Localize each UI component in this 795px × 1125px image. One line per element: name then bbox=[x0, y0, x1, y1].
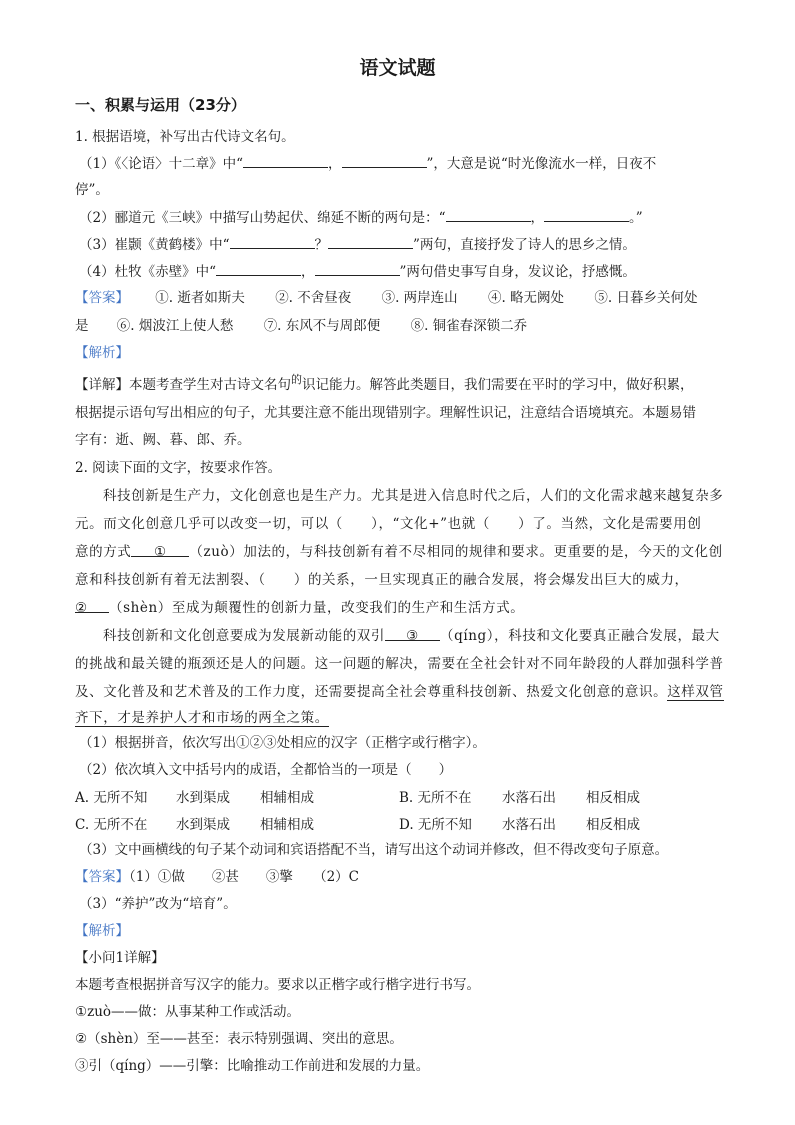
q2-sub2: （2）依次填入文中括号内的成语，全都恰当的一项是（ ） bbox=[79, 760, 729, 780]
passage-text: （shèn）至成为颠覆性的创新力量，改变我们的生产和生活方式。 bbox=[109, 600, 524, 616]
q1-sub4: （4）杜牧《赤壁》中“，”两句借史事写自身，发议论，抒感慨。 bbox=[79, 261, 729, 281]
option-b-word2: 水落石出 bbox=[502, 786, 556, 806]
answer-item: ⑧. 铜雀春深锁二乔 bbox=[411, 316, 528, 336]
passage-p1-l3: 意的方式①（zuò）加法的，与科技创新有着不尽相同的规律和要求。更重要的是，今天… bbox=[75, 542, 725, 562]
separator: ， bbox=[531, 210, 545, 226]
answer-item: ②. 不舍昼夜 bbox=[275, 288, 351, 308]
q1-sub4-text-b: ”两句借史事写自身，发议论，抒感慨。 bbox=[400, 264, 636, 280]
q1-sub4-text-a: （4）杜牧《赤壁》中“ bbox=[79, 264, 216, 280]
answer-blank[interactable] bbox=[544, 207, 629, 222]
passage-text: （zuò）加法的，与科技创新有着不尽相同的规律和要求。更重要的是，今天的文化创 bbox=[189, 544, 722, 560]
passage-p1-l1: 科技创新是生产力，文化创意也是生产力。尤其是进入信息时代之后，人们的文化需求越来… bbox=[103, 486, 753, 506]
answer-label: 【答案】 bbox=[75, 869, 129, 885]
answer-blank[interactable] bbox=[328, 234, 413, 249]
answer-blank[interactable] bbox=[230, 234, 315, 249]
answer-item: ⑥. 烟波江上使人愁 bbox=[117, 316, 234, 336]
detail-text: 识记能力。解答此类题目，我们需要在平时的学习中，做好积累， bbox=[302, 377, 694, 393]
q1-sub2-text-a: （2）郦道元《三峡》中描写山势起伏、绵延不断的两句是：“ bbox=[79, 210, 446, 226]
q1-detail-l3: 字有：逝、阙、暮、郎、乔。 bbox=[75, 430, 725, 450]
answer-item: ③. 两岸连山 bbox=[382, 288, 458, 308]
page-title: 语文试题 bbox=[0, 55, 795, 81]
q2-answer-l1: 【答案】（1）①做 ②甚 ③擎 （2）C bbox=[75, 867, 725, 887]
separator: ， bbox=[301, 264, 315, 280]
option-c-word3: 相辅相成 bbox=[260, 813, 314, 833]
q2-sub3: （3）文中画横线的句子某个动词和宾语搭配不当，请写出这个动词并修改，但不得改变句… bbox=[79, 840, 729, 860]
underlined-sentence: 齐下，才是养护人才和市场的两全之策。 bbox=[75, 710, 329, 727]
q1-detail-l2: 根据提示语句写出相应的句子，尤其要注意不能出现错别字。理解性识记，注意结合语境填… bbox=[75, 403, 725, 423]
subquestion-1-l1: 本题考查根据拼音写汉字的能力。要求以正楷字或行楷字进行书写。 bbox=[75, 975, 725, 995]
option-a-word3: 相辅相成 bbox=[260, 786, 314, 806]
analysis-label: 【解析】 bbox=[75, 343, 725, 363]
q1-detail-l1: 【详解】本题考查学生对古诗文名句的识记能力。解答此类题目，我们需要在平时的学习中… bbox=[75, 375, 725, 395]
separator: ， bbox=[328, 156, 342, 172]
underlined-sentence: 这样双管 bbox=[667, 684, 723, 701]
passage-p2-l4: 齐下，才是养护人才和市场的两全之策。 bbox=[75, 708, 725, 728]
q1-sub3-text-a: （3）崔颢《黄鹤楼》中“ bbox=[79, 237, 230, 253]
option-a-word2: 水到渠成 bbox=[176, 786, 230, 806]
answer-label: 【答案】 bbox=[75, 290, 129, 306]
q2-sub1: （1）根据拼音，依次写出①②③处相应的汉字（正楷字或行楷字）。 bbox=[79, 733, 729, 753]
answer-item: ⑤. 日暮乡关何处 bbox=[594, 288, 697, 308]
pinyin-blank-3[interactable]: ③ bbox=[385, 626, 440, 641]
q2-stem: 2. 阅读下面的文字，按要求作答。 bbox=[75, 458, 725, 478]
detail-text: 本题考查学生对古诗文名句 bbox=[129, 377, 291, 393]
passage-p2-l2: 的挑战和最关键的瓶颈还是人的问题。这一问题的解决，需要在全社会针对不同年龄段的人… bbox=[75, 654, 725, 674]
answer-item: ④. 略无阙处 bbox=[488, 288, 564, 308]
subquestion-1-label: 【小问1详解】 bbox=[75, 948, 725, 968]
q1-sub2-text-b: 。” bbox=[629, 210, 643, 226]
pinyin-blank-1[interactable]: ① bbox=[131, 542, 189, 557]
q1-sub1-text-a: （1）《〈论语〉十二章》中“ bbox=[79, 156, 243, 172]
option-b-word3: 相反相成 bbox=[586, 786, 640, 806]
passage-p1-l2: 元。而文化创意几乎可以改变一切，可以（ ），“文化+”也就（ ）了。当然，文化是… bbox=[75, 514, 725, 534]
passage-p2-l3: 及、文化普及和艺术普及的工作力度，还需要提高全社会尊重科技创新、热爱文化创意的意… bbox=[75, 682, 725, 702]
answer-text: （1）①做 ②甚 ③擎 （2）C bbox=[129, 869, 359, 885]
q1-sub1-wrap: 停”。 bbox=[75, 180, 725, 200]
passage-text: （qíng），科技和文化要真正融合发展，最大 bbox=[440, 628, 720, 644]
exam-page: 语文试题 一、积累与运用（23分） 1. 根据语境，补写出古代诗文名句。 （1）… bbox=[0, 0, 795, 1125]
answer-blank[interactable] bbox=[342, 153, 427, 168]
answer-item: ①. 逝者如斯夫 bbox=[155, 288, 245, 308]
detail-superscript: 的 bbox=[291, 373, 302, 386]
answer-wrap: 是 bbox=[75, 318, 89, 334]
detail-label: 【详解】 bbox=[75, 377, 129, 393]
passage-p1-l4: 意和科技创新有着无法割裂、（ ）的关系，一旦实现真正的融合发展，将会爆发出巨大的… bbox=[75, 570, 725, 590]
passage-p2-l1: 科技创新和文化创意要成为发展新动能的双引③（qíng），科技和文化要真正融合发展… bbox=[103, 626, 753, 646]
q1-sub1: （1）《〈论语〉十二章》中“，”，大意是说“时光像流水一样，日夜不 bbox=[79, 153, 729, 173]
q1-sub3-text-b: ”两句，直接抒发了诗人的思乡之情。 bbox=[413, 237, 636, 253]
subquestion-1-l4: ③引（qíng）——引擎：比喻推动工作前进和发展的力量。 bbox=[75, 1056, 725, 1076]
option-a-word1: A. 无所不知 bbox=[75, 786, 147, 806]
subquestion-1-l3: ②（shèn）至——甚至：表示特别强调、突出的意思。 bbox=[75, 1029, 725, 1049]
option-c-word2: 水到渠成 bbox=[176, 813, 230, 833]
passage-text: 意的方式 bbox=[75, 544, 131, 560]
passage-p1-l5: ②（shèn）至成为颠覆性的创新力量，改变我们的生产和生活方式。 bbox=[75, 598, 725, 618]
q1-answer-row1: 【答案】 ①. 逝者如斯夫 ②. 不舍昼夜 ③. 两岸连山 ④. 略无阙处 ⑤.… bbox=[75, 288, 725, 308]
q1-sub3: （3）崔颢《黄鹤楼》中“？”两句，直接抒发了诗人的思乡之情。 bbox=[79, 234, 729, 254]
q1-answer-row2: 是 ⑥. 烟波江上使人愁 ⑦. 东风不与周郎便 ⑧. 铜雀春深锁二乔 bbox=[75, 316, 725, 336]
answer-item: ⑦. 东风不与周郎便 bbox=[264, 316, 381, 336]
subquestion-1-l2: ①zuò——做：从事某种工作或活动。 bbox=[75, 1002, 725, 1022]
passage-text: 科技创新和文化创意要成为发展新动能的双引 bbox=[103, 628, 385, 644]
answer-blank[interactable] bbox=[216, 261, 301, 276]
pinyin-blank-2[interactable]: ② bbox=[75, 598, 109, 613]
q2-answer-l2: （3）“养护”改为“培育”。 bbox=[79, 894, 729, 914]
option-d-word2: 水落石出 bbox=[502, 813, 556, 833]
passage-text: 及、文化普及和艺术普及的工作力度，还需要提高全社会尊重科技创新、热爱文化创意的意… bbox=[75, 684, 667, 700]
separator: ？ bbox=[315, 237, 329, 253]
section-heading: 一、积累与运用（23分） bbox=[75, 95, 725, 115]
option-d-word1: D. 无所不知 bbox=[399, 813, 472, 833]
option-d-word3: 相反相成 bbox=[586, 813, 640, 833]
answer-blank[interactable] bbox=[243, 153, 328, 168]
option-b-word1: B. 无所不在 bbox=[399, 786, 472, 806]
q1-sub1-text-b: ”，大意是说“时光像流水一样，日夜不 bbox=[427, 156, 657, 172]
option-c-word1: C. 无所不在 bbox=[75, 813, 147, 833]
analysis-label: 【解析】 bbox=[75, 921, 725, 941]
q1-stem: 1. 根据语境，补写出古代诗文名句。 bbox=[75, 127, 725, 147]
q1-sub2: （2）郦道元《三峡》中描写山势起伏、绵延不断的两句是：“，。” bbox=[79, 207, 729, 227]
answer-blank[interactable] bbox=[315, 261, 400, 276]
answer-blank[interactable] bbox=[446, 207, 531, 222]
